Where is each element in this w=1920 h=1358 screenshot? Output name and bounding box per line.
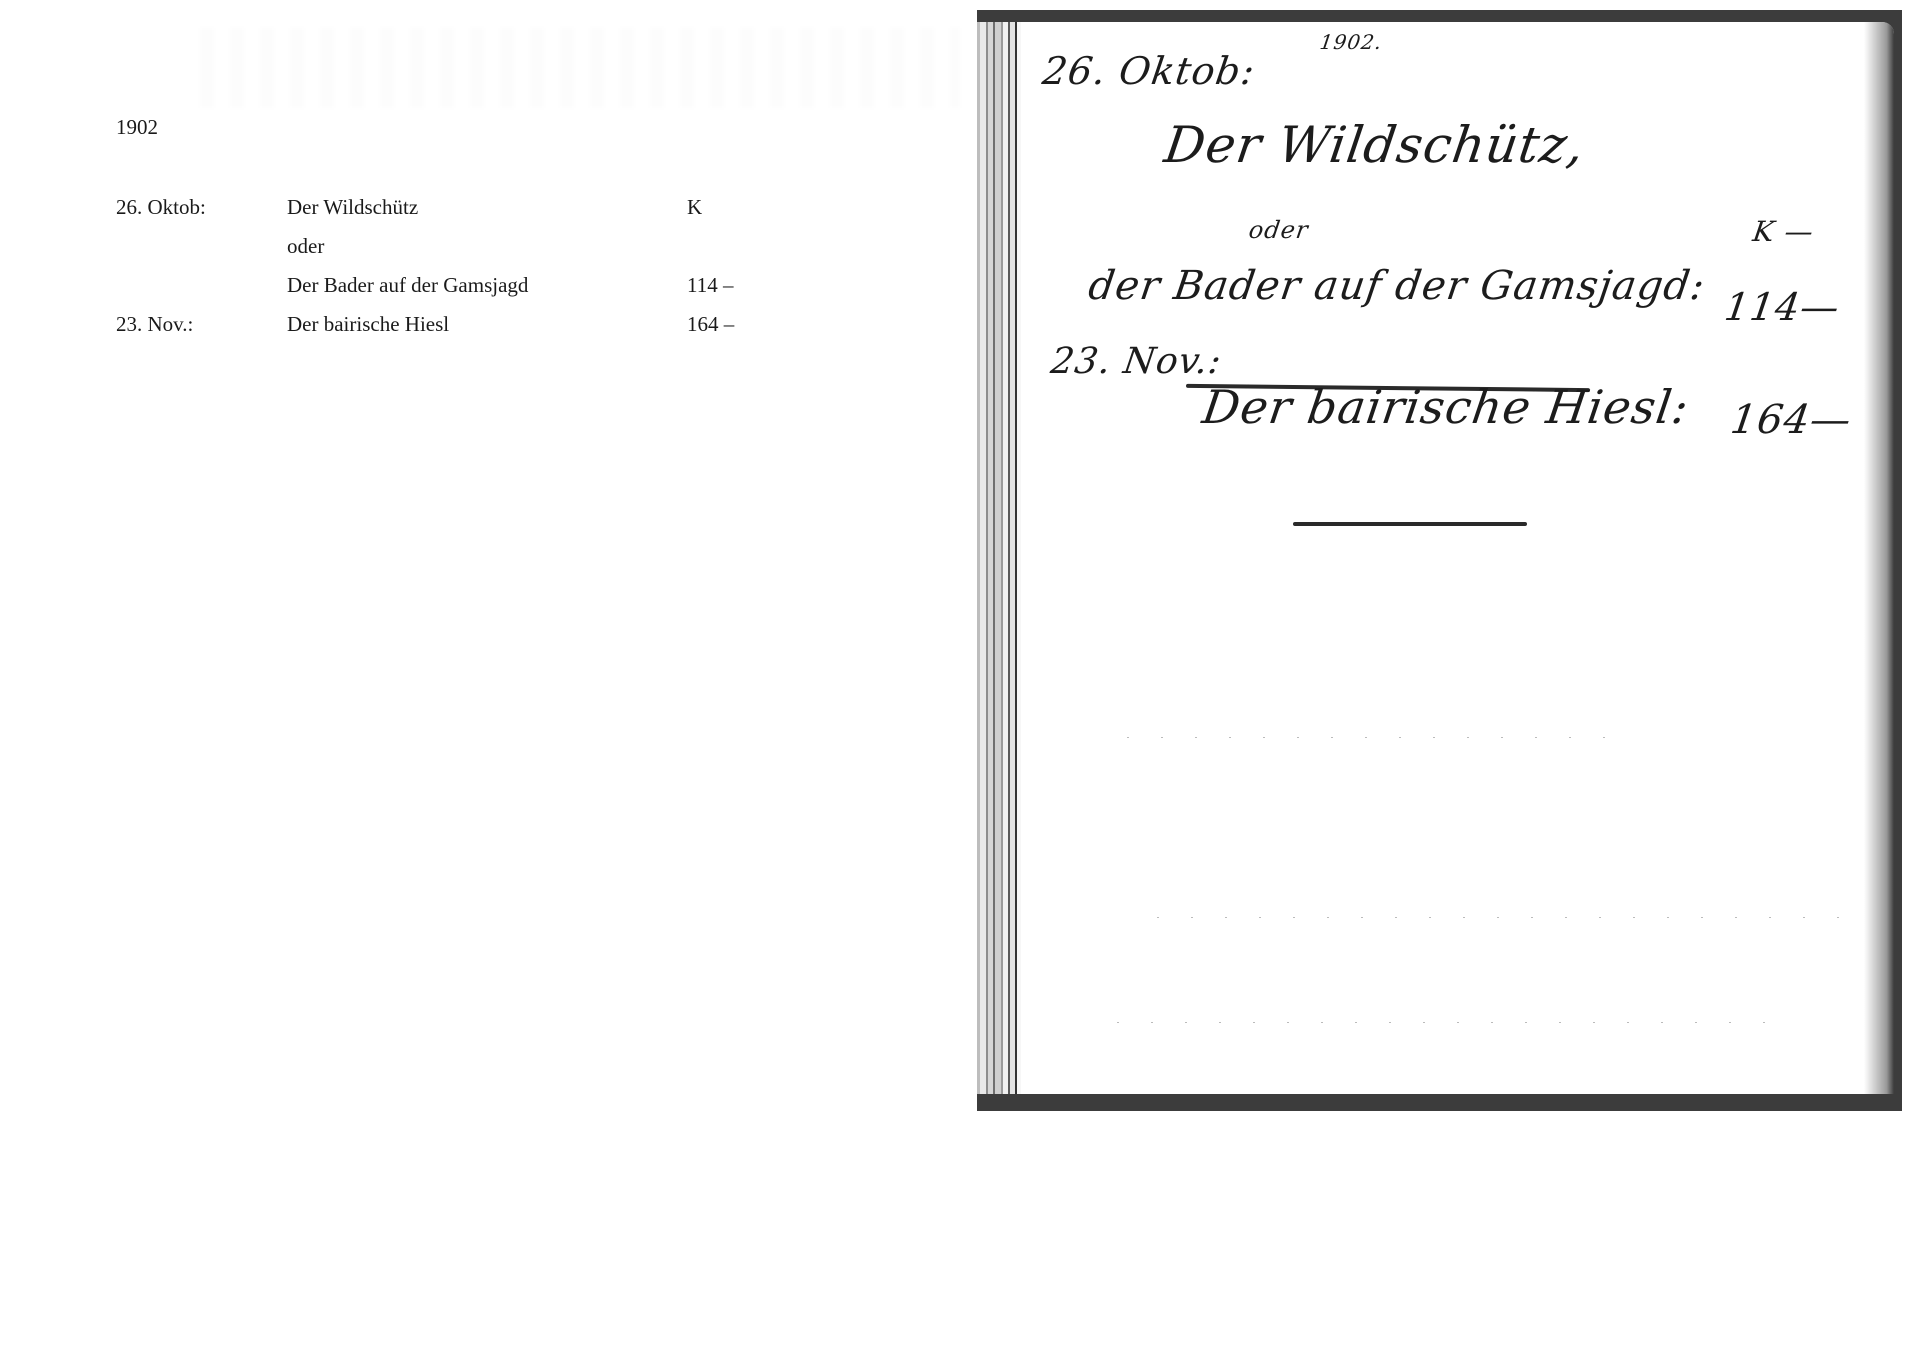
binding-gutter <box>977 22 1021 1094</box>
manuscript-paper: 1902. 26. Oktob: Der Wildschütz, oder K … <box>977 22 1894 1094</box>
handwritten-date: 23. Nov.: <box>1048 344 1224 380</box>
transcription-page: 1902 26. Oktob: Der Wildschütz K oder De… <box>0 0 960 1358</box>
handwritten-title: Der bairische Hiesl: <box>1200 384 1692 430</box>
entry-title: Der bairische Hiesl <box>287 314 449 335</box>
entry-title: oder <box>287 236 324 257</box>
handwritten-date: 26. Oktob: <box>1040 52 1257 90</box>
faint-ruling <box>1157 917 1857 918</box>
entry-amount: 114 – <box>687 275 733 296</box>
handwritten-title: Der Wildschütz, <box>1161 120 1587 170</box>
underline-divider <box>1293 522 1527 526</box>
faint-ruling <box>1127 737 1627 738</box>
handwritten-amount: 114— <box>1722 288 1842 326</box>
handwritten-currency: K — <box>1751 218 1816 246</box>
entry-amount: 164 – <box>687 314 734 335</box>
entry-date: 26. Oktob: <box>116 197 206 218</box>
page-edge-shadow <box>1864 22 1894 1094</box>
entry-date: 23. Nov.: <box>116 314 193 335</box>
entry-title: Der Wildschütz <box>287 197 418 218</box>
handwritten-or: oder <box>1247 218 1310 242</box>
handwritten-amount: 164— <box>1728 400 1854 440</box>
manuscript-scan: 1902. 26. Oktob: Der Wildschütz, oder K … <box>977 10 1902 1111</box>
bleed-through-texture <box>200 28 960 108</box>
entry-amount: K <box>687 197 702 218</box>
handwritten-alt-title: der Bader auf der Gamsjagd: <box>1086 266 1708 306</box>
transcription-year: 1902 <box>116 117 158 138</box>
entry-title: Der Bader auf der Gamsjagd <box>287 275 528 296</box>
handwritten-year: 1902. <box>1319 32 1384 52</box>
faint-ruling <box>1117 1022 1767 1023</box>
